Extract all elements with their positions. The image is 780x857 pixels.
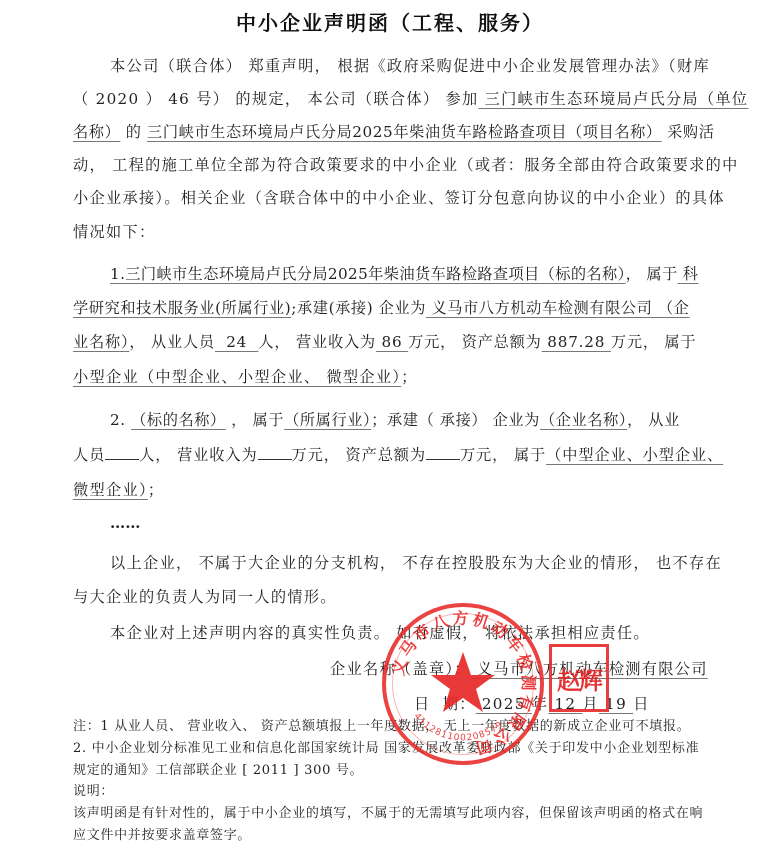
item1-industry-field-cont: 学研究和技术服务业(所属行业) bbox=[73, 299, 291, 317]
para1-line1: 本公司（联合体） 郑重声明， 根据《政府采购促进中小企业发展管理办法》（财库 bbox=[110, 55, 710, 77]
ellipsis: …… bbox=[110, 512, 710, 534]
declaration-page: 中小企业声明函（工程、服务） 本公司（联合体） 郑重声明， 根据《政府采购促进中… bbox=[0, 0, 780, 857]
para1-line4: 动， 工程的施工单位全部为符合政策要求的中小企业（或者：服务全部由符合政策要求的… bbox=[73, 154, 713, 176]
text: 人员 bbox=[73, 446, 105, 464]
item2-company-field: （企业名称） bbox=[540, 411, 627, 429]
date-day-unit: 日 bbox=[633, 695, 650, 713]
date-label: 日 期： bbox=[414, 695, 476, 713]
text: ;承建(承接) 企业为 bbox=[291, 299, 426, 317]
explain-line-b: 应文件中并按要求盖章签字。 bbox=[73, 826, 713, 846]
date-year-unit: 年 bbox=[532, 695, 549, 713]
text: 2. bbox=[110, 411, 131, 429]
item2-revenue-blank bbox=[258, 445, 292, 460]
item1-assets-value: 887.28 bbox=[542, 333, 611, 351]
note-2a: 2. 中小企业划分标准见工业和信息化部国家统计局 国家发展改革委财政部《关于印发… bbox=[73, 739, 713, 759]
para1-line3: 名称） 的 三门峡市生态环境局卢氏分局2025年柴油货车路检路查项目（项目名称）… bbox=[73, 121, 713, 143]
text: 的 bbox=[120, 123, 147, 141]
text: 万元， 属于 bbox=[611, 333, 697, 351]
item2-line1: 2. （标的名称） ， 属于（所属行业）；承建（ 承接） 企业为（企业名称）， … bbox=[110, 409, 710, 431]
project-name-field: 三门峡市生态环境局卢氏分局2025年柴油货车路检路查项目（项目名称） bbox=[147, 123, 662, 141]
para3-line: 本企业对上述声明内容的真实性负责。 如有虚假， 将依法承担相应责任。 bbox=[110, 622, 710, 644]
para1-line2: （ 2020 ） 46 号） 的规定， 本公司（联合体） 参加 三门峡市生态环境… bbox=[73, 88, 713, 110]
text: 万元， 属于 bbox=[460, 446, 546, 464]
text: （ 2020 ） 46 号） 的规定， 本公司（联合体） 参加 bbox=[73, 90, 478, 108]
item1-line4: 小型企业（中型企业、小型企业、 微型企业）； bbox=[73, 366, 713, 388]
date-month-unit: 月 bbox=[583, 695, 600, 713]
item1-company-field-cont: 业名称） bbox=[73, 333, 129, 351]
page-title: 中小企业声明函（工程、服务） bbox=[0, 7, 780, 36]
item2-line3: 微型企业）； bbox=[73, 479, 713, 501]
item2-employees-blank bbox=[105, 445, 139, 460]
date-day: 19 bbox=[599, 695, 633, 713]
text: ， 属于 bbox=[626, 265, 678, 283]
unit-name-field: 三门峡市生态环境局卢氏分局（单位 bbox=[478, 90, 748, 108]
company-signature-line: 企业名称（盖章）： 义马市八方机动车检测有限公司 bbox=[330, 658, 708, 680]
item2-subject-field: （标的名称） bbox=[131, 411, 226, 429]
text: 万元， 资产总额为 bbox=[408, 333, 542, 351]
para1-line5: 小企业承接）。相关企业（含联合体中的中小企业、签订分包意向协议的中小企业）的具体 bbox=[73, 187, 713, 209]
item2-size-field-cont: 微型企业） bbox=[73, 481, 148, 499]
item1-subject-field: 1.三门峡市生态环境局卢氏分局2025年柴油货车路检路查项目（标的名称） bbox=[110, 265, 626, 283]
signature-label: 企业名称（盖章）： bbox=[330, 660, 471, 678]
unit-name-field-cont: 名称） bbox=[73, 123, 120, 141]
note-2b: 规定的通知》工信部联企业 [ 2011 ] 300 号。 bbox=[73, 761, 713, 781]
item2-industry-field: （所属行业） bbox=[284, 411, 371, 429]
text: 采购活 bbox=[662, 123, 715, 141]
text: ； bbox=[148, 481, 165, 499]
item2-size-field: （中型企业、小型企业、 bbox=[546, 446, 723, 464]
note-1: 注：1 从业人员、 营业收入、 资产总额填报上一年度数据， 无上一年度数据的新成… bbox=[73, 717, 713, 737]
text: ， 从业 bbox=[627, 411, 680, 429]
text: 万元， 资产总额为 bbox=[292, 446, 426, 464]
text: ；承建（ 承接） 企业为 bbox=[371, 411, 540, 429]
para2-line1: 以上企业， 不属于大企业的分支机构， 不存在控股股东为大企业的情形， 也不存在 bbox=[110, 552, 710, 574]
item1-industry-field: 科 bbox=[678, 265, 699, 283]
item1-line2: 学研究和技术服务业(所属行业);承建(承接) 企业为 义马市八方机动车检测有限公… bbox=[73, 297, 713, 319]
date-year: 2025 bbox=[476, 695, 532, 713]
item1-company-field: 义马市八方机动车检测有限公司 （企 bbox=[426, 299, 689, 317]
item1-size-field: 小型企业（中型企业、小型企业、 微型企业） bbox=[73, 368, 401, 386]
para1-line6: 情况如下： bbox=[73, 221, 713, 243]
item1-revenue-value: 86 bbox=[376, 333, 408, 351]
item1-employees-value: 24 bbox=[215, 333, 258, 351]
date-month: 12 bbox=[548, 695, 582, 713]
text: ； bbox=[401, 368, 418, 386]
text: 人， 营业收入为 bbox=[139, 446, 257, 464]
text: ， 从业人员 bbox=[129, 333, 215, 351]
item1-line3: 业名称）， 从业人员 24 人， 营业收入为 86 万元， 资产总额为 887.… bbox=[73, 331, 713, 353]
explain-label: 说明： bbox=[73, 782, 713, 802]
explain-line-a: 该声明函是有针对性的，属于中小企业的填写，不属于的无需填写此项内容，但保留该声明… bbox=[73, 804, 713, 824]
signature-company-name: 义马市八方机动车检测有限公司 bbox=[471, 660, 708, 678]
para2-line2: 与大企业的负责人为同一人的情形。 bbox=[73, 586, 713, 608]
date-line: 日 期： 2025 年 12 月 19 日 bbox=[414, 693, 650, 715]
text: 人， 营业收入为 bbox=[258, 333, 376, 351]
item1-line1: 1.三门峡市生态环境局卢氏分局2025年柴油货车路检路查项目（标的名称）， 属于… bbox=[110, 263, 710, 285]
text: ， 属于 bbox=[226, 411, 284, 429]
item2-assets-blank bbox=[426, 445, 460, 460]
item2-line2: 人员人， 营业收入为万元， 资产总额为万元， 属于（中型企业、小型企业、 bbox=[73, 444, 713, 466]
